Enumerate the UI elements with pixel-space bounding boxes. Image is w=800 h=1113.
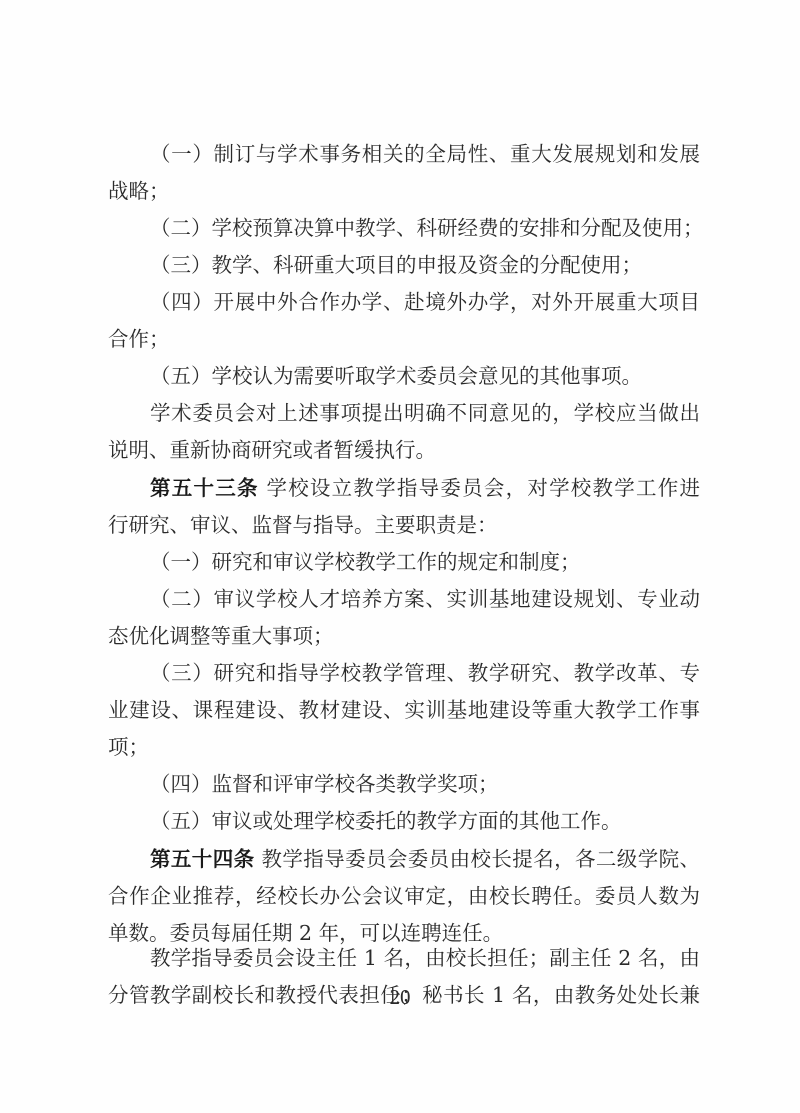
line-text: 说明、重新协商研究或者暂缓执行。 xyxy=(108,438,436,462)
text-line: （一）制订与学术事务相关的全局性、重大发展规划和发展 xyxy=(150,140,700,168)
line-text: 行研究、审议、监督与指导。主要职责是： xyxy=(108,513,498,537)
text-line: 第五十四条 教学指导委员会委员由校长提名，各二级学院、 xyxy=(150,845,700,873)
line-text: （三）教学、科研重大项目的申报及资金的分配使用； xyxy=(150,253,642,277)
line-text: 合作； xyxy=(108,327,170,351)
line-text: （五）学校认为需要听取学术委员会意见的其他事项。 xyxy=(150,364,642,388)
text-line: （五）学校认为需要听取学术委员会意见的其他事项。 xyxy=(150,362,700,390)
text-line: 学术委员会对上述事项提出明确不同意见的，学校应当做出 xyxy=(150,399,700,427)
line-text: （二）审议学校人才培养方案、实训基地建设规划、专业动 xyxy=(150,587,700,611)
line-text: （二）学校预算决算中教学、科研经费的安排和分配及使用； xyxy=(150,216,704,240)
line-text: （一）研究和审议学校教学工作的规定和制度； xyxy=(150,550,581,574)
line-text: 态优化调整等重大事项； xyxy=(108,624,334,648)
article-heading: 第五十三条 xyxy=(150,476,259,500)
line-text: 教学指导委员会委员由校长提名，各二级学院、 xyxy=(255,847,700,871)
text-line: 项； xyxy=(108,733,700,761)
text-line: （二）审议学校人才培养方案、实训基地建设规划、专业动 xyxy=(150,585,700,613)
line-text: （五）审议或处理学校委托的教学方面的其他工作。 xyxy=(150,809,622,833)
text-line: 单数。委员每届任期 2 年，可以连聘连任。 xyxy=(108,919,700,947)
line-text: 教学指导委员会设主任 1 名，由校长担任；副主任 2 名，由 xyxy=(150,946,700,970)
text-line: 教学指导委员会设主任 1 名，由校长担任；副主任 2 名，由 xyxy=(150,944,700,972)
line-text: （三）研究和指导学校教学管理、教学研究、教学改革、专 xyxy=(150,661,700,685)
line-text: 学校设立教学指导委员会，对学校教学工作进 xyxy=(259,476,700,500)
article-heading: 第五十四条 xyxy=(150,847,255,871)
text-line: （二）学校预算决算中教学、科研经费的安排和分配及使用； xyxy=(150,214,700,242)
line-text: （四）开展中外合作办学、赴境外办学，对外开展重大项目 xyxy=(150,290,700,314)
text-line: 合作企业推荐，经校长办公会议审定，由校长聘任。委员人数为 xyxy=(108,882,700,910)
text-line: 说明、重新协商研究或者暂缓执行。 xyxy=(108,436,700,464)
line-text: （一）制订与学术事务相关的全局性、重大发展规划和发展 xyxy=(150,142,700,166)
text-line: （一）研究和审议学校教学工作的规定和制度； xyxy=(150,548,700,576)
text-line: 行研究、审议、监督与指导。主要职责是： xyxy=(108,511,700,539)
text-line: 战略； xyxy=(108,177,700,205)
text-line: （四）开展中外合作办学、赴境外办学，对外开展重大项目 xyxy=(150,288,700,316)
line-text: 战略； xyxy=(108,179,170,203)
text-line: 合作； xyxy=(108,325,700,353)
line-text: 合作企业推荐，经校长办公会议审定，由校长聘任。委员人数为 xyxy=(108,884,700,908)
line-text: （四）监督和评审学校各类教学奖项； xyxy=(150,772,499,796)
text-line: 第五十三条 学校设立教学指导委员会，对学校教学工作进 xyxy=(150,474,700,502)
text-line: （五）审议或处理学校委托的教学方面的其他工作。 xyxy=(150,807,700,835)
text-line: 业建设、课程建设、教材建设、实训基地建设等重大教学工作事 xyxy=(108,696,700,724)
text-line: （三）教学、科研重大项目的申报及资金的分配使用； xyxy=(150,251,700,279)
line-text: 业建设、课程建设、教材建设、实训基地建设等重大教学工作事 xyxy=(108,698,700,722)
line-text: 项； xyxy=(108,735,149,759)
text-line: 态优化调整等重大事项； xyxy=(108,622,700,650)
text-line: （四）监督和评审学校各类教学奖项； xyxy=(150,770,700,798)
text-line: （三）研究和指导学校教学管理、教学研究、教学改革、专 xyxy=(150,659,700,687)
page-number: 20 xyxy=(0,985,800,1010)
document-page: （一）制订与学术事务相关的全局性、重大发展规划和发展战略；（二）学校预算决算中教… xyxy=(0,0,800,1113)
line-text: 单数。委员每届任期 2 年，可以连聘连任。 xyxy=(108,921,503,945)
line-text: 学术委员会对上述事项提出明确不同意见的，学校应当做出 xyxy=(150,401,700,425)
